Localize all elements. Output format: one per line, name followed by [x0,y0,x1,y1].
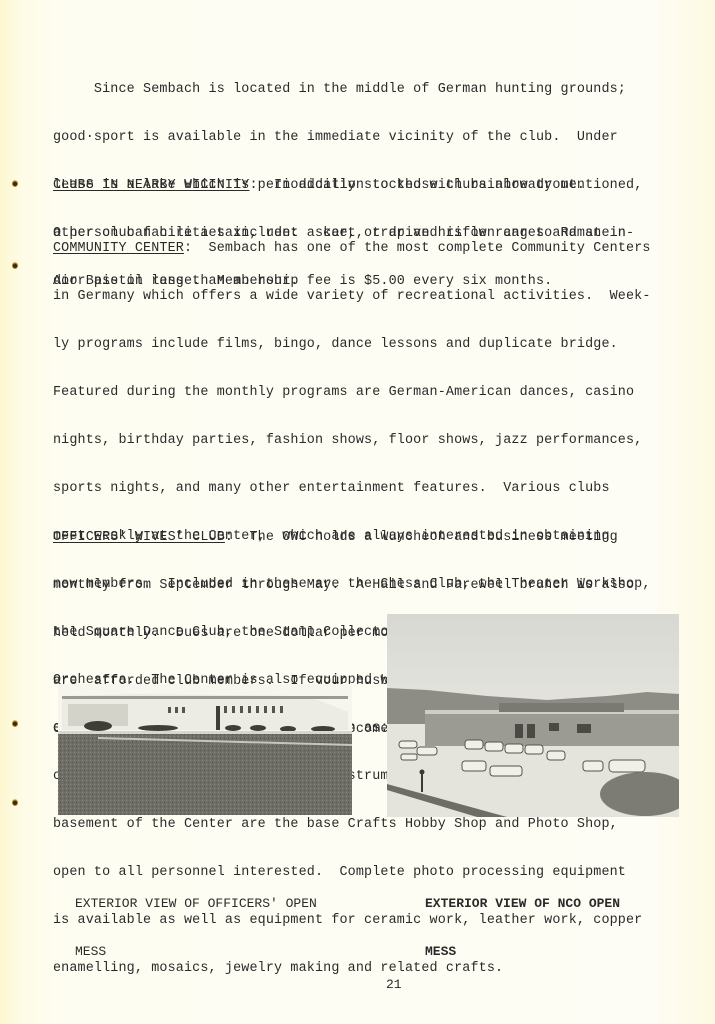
binder-hole [12,262,18,269]
section-heading: CLUBS IN NEARBY VICINITY [53,178,249,193]
caption-line: MESS [425,944,620,960]
officers-open-mess-photo [58,684,352,815]
section-heading: OFFICERS' WIVES' CLUB [53,530,225,545]
text-line: Since Sembach is located in the middle o… [53,82,693,98]
section-first-line: CLUBS IN NEARBY VICINITY: In addition to… [53,178,693,194]
text-line: sports nights, and many other entertainm… [53,481,693,497]
binder-hole [12,799,18,806]
section-first-line: COMMUNITY CENTER: Sembach has one of the… [53,241,693,257]
binder-hole [12,720,18,727]
photo-caption-nco-open-mess: EXTERIOR VIEW OF NCO OPEN MESS [425,864,620,976]
caption-line: EXTERIOR VIEW OF NCO OPEN [425,896,620,912]
building-photo-illustration [387,614,679,817]
text-line: monthly from September through May. A Ha… [53,578,693,594]
text-line: in Germany which offers a wide variety o… [53,289,693,305]
page-number: 21 [386,977,402,992]
caption-line: MESS [75,944,317,960]
text-line: Featured during the monthly programs are… [53,385,693,401]
text-fragment: : In addition to those clubs already men… [249,178,642,193]
nco-open-mess-photo [387,614,679,817]
text-line: basement of the Center are the base Craf… [53,817,693,833]
caption-line: EXTERIOR VIEW OF OFFICERS' OPEN [75,896,317,912]
building-photo-illustration [58,684,352,815]
text-line: nights, birthday parties, fashion shows,… [53,433,693,449]
text-fragment: : The OWC holds a luncheon and business … [225,530,618,545]
binder-hole [12,180,18,187]
photo-caption-officers-open-mess: EXTERIOR VIEW OF OFFICERS' OPEN MESS [75,864,317,976]
section-heading: COMMUNITY CENTER [53,241,184,256]
section-first-line: OFFICERS' WIVES' CLUB: The OWC holds a l… [53,530,693,546]
text-fragment: : Sembach has one of the most complete C… [184,241,651,256]
text-line: good·sport is available in the immediate… [53,130,693,146]
text-line: ly programs include films, bingo, dance … [53,337,693,353]
